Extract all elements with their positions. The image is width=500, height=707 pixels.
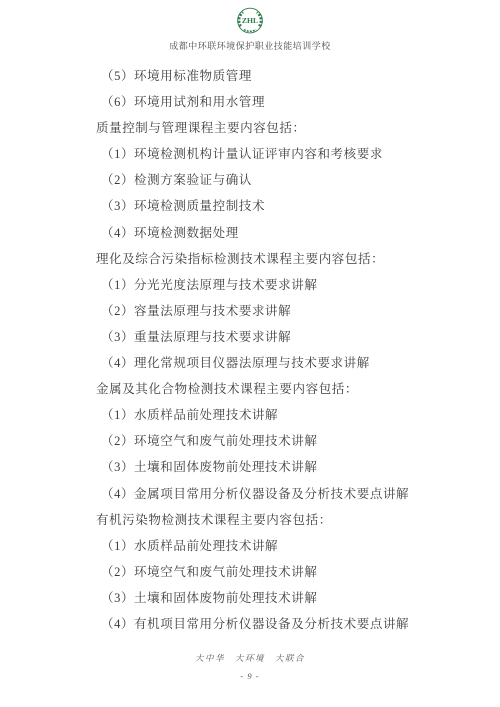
list-item: （2）环境空气和废气前处理技术讲解 <box>0 559 500 585</box>
list-item: （3）重量法原理与技术要求讲解 <box>0 324 500 350</box>
list-item: （4）有机项目常用分析仪器设备及分析技术要点讲解 <box>0 611 500 637</box>
page-footer: 大中华 大环境 大联合 - 9 - <box>0 652 500 681</box>
list-item: （2）环境空气和废气前处理技术讲解 <box>0 428 500 454</box>
list-item: （1）环境检测机构计量认证评审内容和考核要求 <box>0 141 500 167</box>
list-item: （3）土壤和固体废物前处理技术讲解 <box>0 454 500 480</box>
list-item: （1）水质样品前处理技术讲解 <box>0 402 500 428</box>
school-name: 成都中环联环境保护职业技能培训学校 <box>0 39 500 52</box>
page-header: ZHL 成都中环联环境保护职业技能培训学校 <box>0 6 500 52</box>
list-item: （4）金属项目常用分析仪器设备及分析技术要点讲解 <box>0 481 500 507</box>
page-number: - 9 - <box>0 671 500 681</box>
section-heading: 金属及其化合物检测技术课程主要内容包括： <box>0 376 500 402</box>
logo-text: ZHL <box>242 16 258 25</box>
list-item: （1）水质样品前处理技术讲解 <box>0 533 500 559</box>
section-heading: 理化及综合污染指标检测技术课程主要内容包括： <box>0 246 500 272</box>
list-item: （5）环境用标准物质管理 <box>0 63 500 89</box>
school-logo-icon: ZHL <box>235 6 265 36</box>
list-item: （1）分光光度法原理与技术要求讲解 <box>0 272 500 298</box>
list-item: （3）环境检测质量控制技术 <box>0 193 500 219</box>
footer-slogan: 大中华 大环境 大联合 <box>0 652 500 664</box>
list-item: （4）理化常规项目仪器法原理与技术要求讲解 <box>0 350 500 376</box>
list-item: （3）土壤和固体废物前处理技术讲解 <box>0 585 500 611</box>
list-item: （4）环境检测数据处理 <box>0 220 500 246</box>
document-page: ZHL 成都中环联环境保护职业技能培训学校 （5）环境用标准物质管理（6）环境用… <box>0 0 500 707</box>
section-heading: 质量控制与管理课程主要内容包括： <box>0 115 500 141</box>
list-item: （6）环境用试剂和用水管理 <box>0 89 500 115</box>
list-item: （2）容量法原理与技术要求讲解 <box>0 298 500 324</box>
list-item: （2）检测方案验证与确认 <box>0 167 500 193</box>
document-body: （5）环境用标准物质管理（6）环境用试剂和用水管理质量控制与管理课程主要内容包括… <box>0 63 500 637</box>
section-heading: 有机污染物检测技术课程主要内容包括： <box>0 507 500 533</box>
